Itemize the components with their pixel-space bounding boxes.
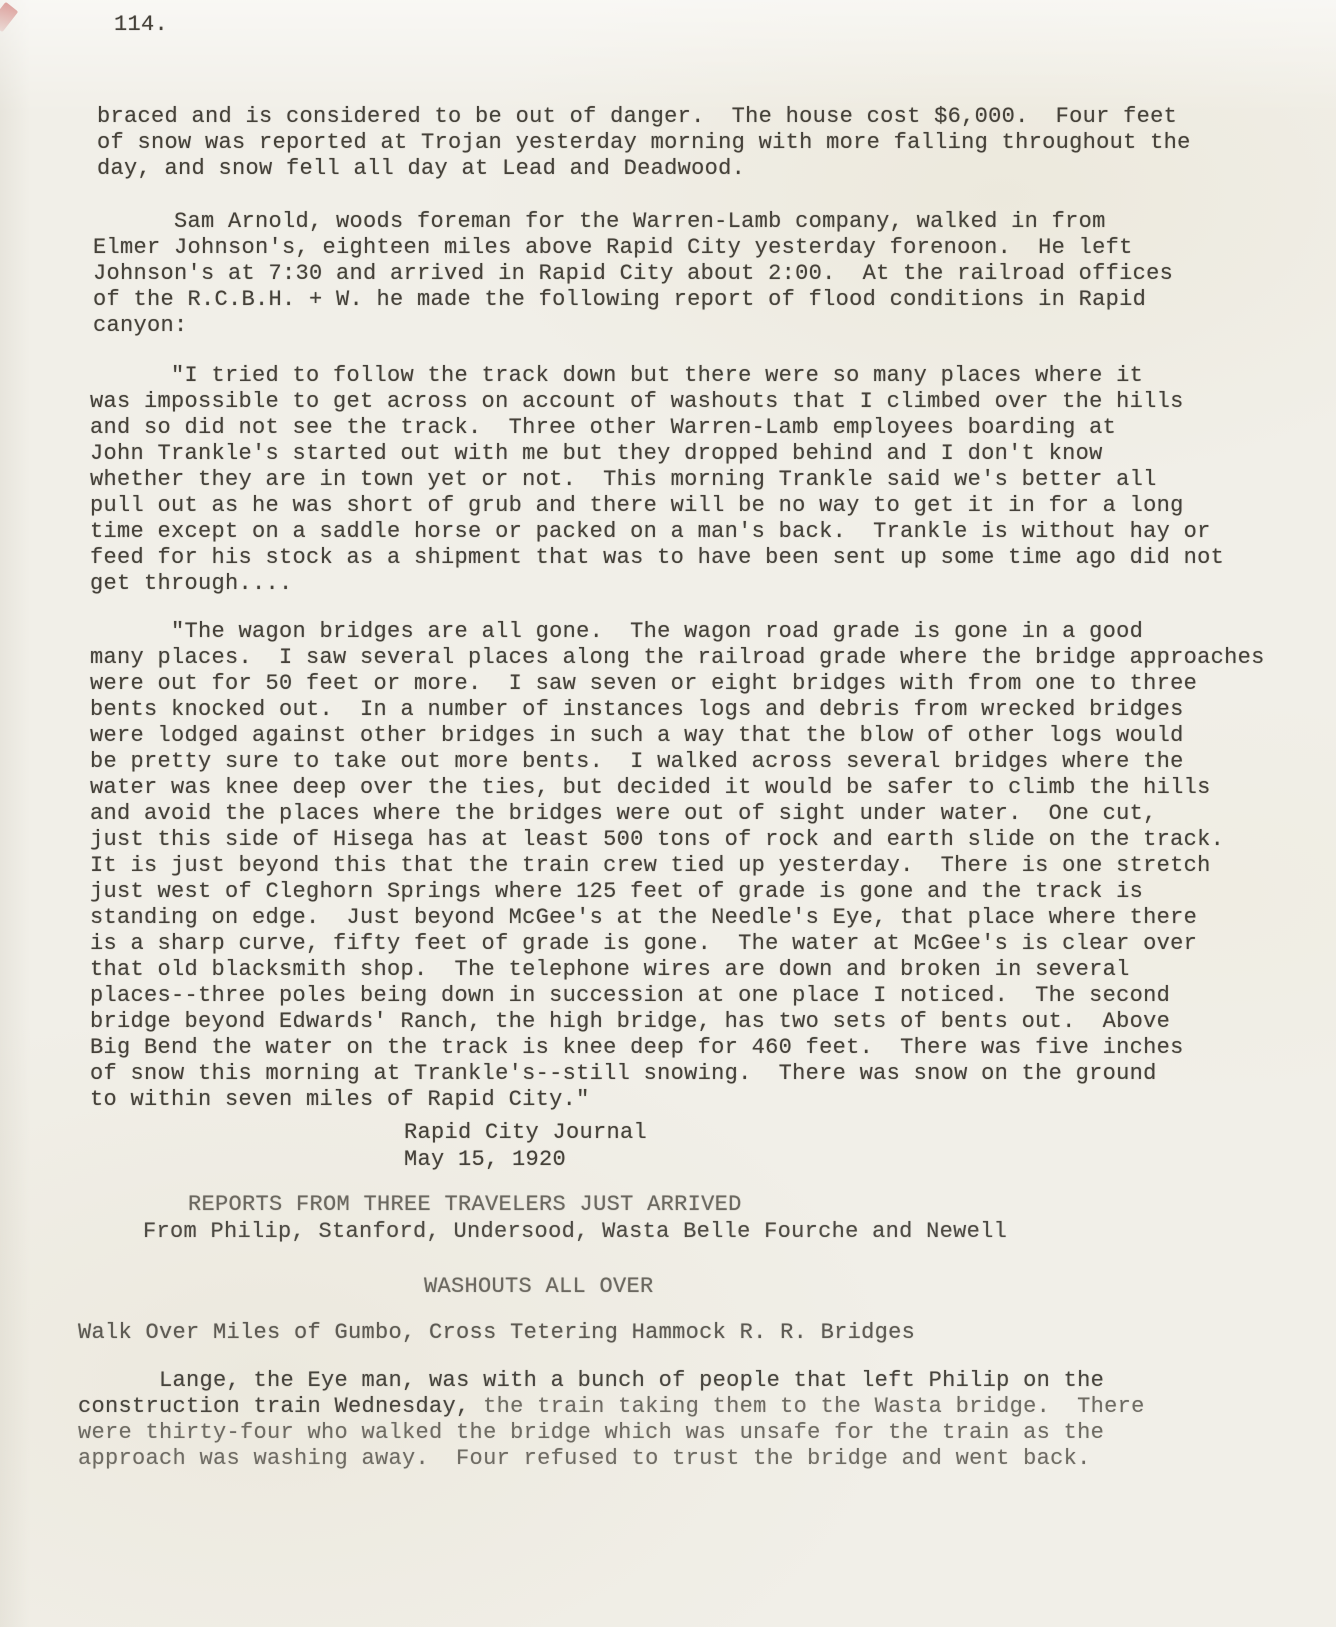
heading-from-towns: From Philip, Stanford, Undersood, Wasta … bbox=[143, 1219, 1007, 1245]
paragraph-intro: braced and is considered to be out of da… bbox=[97, 104, 1191, 182]
page-number: 114. bbox=[114, 12, 168, 38]
paragraph-sam-arnold: Sam Arnold, woods foreman for the Warren… bbox=[93, 209, 1173, 339]
paragraph-lange: Lange, the Eye man, was with a bunch of … bbox=[78, 1368, 1145, 1472]
heading-reports-from-travelers: REPORTS FROM THREE TRAVELERS JUST ARRIVE… bbox=[188, 1192, 742, 1218]
scan-red-mark bbox=[0, 2, 18, 32]
document-page: 114. braced and is considered to be out … bbox=[0, 0, 1336, 1627]
heading-washouts-all-over: WASHOUTS ALL OVER bbox=[424, 1274, 654, 1300]
paragraph-report-quote-2: "The wagon bridges are all gone. The wag… bbox=[90, 619, 1265, 1113]
paragraph-report-quote-1: "I tried to follow the track down but th… bbox=[90, 363, 1224, 597]
attribution-date: May 15, 1920 bbox=[404, 1147, 566, 1173]
subheading-walk-over-gumbo: Walk Over Miles of Gumbo, Cross Tetering… bbox=[78, 1320, 915, 1346]
attribution-source: Rapid City Journal bbox=[404, 1120, 647, 1146]
